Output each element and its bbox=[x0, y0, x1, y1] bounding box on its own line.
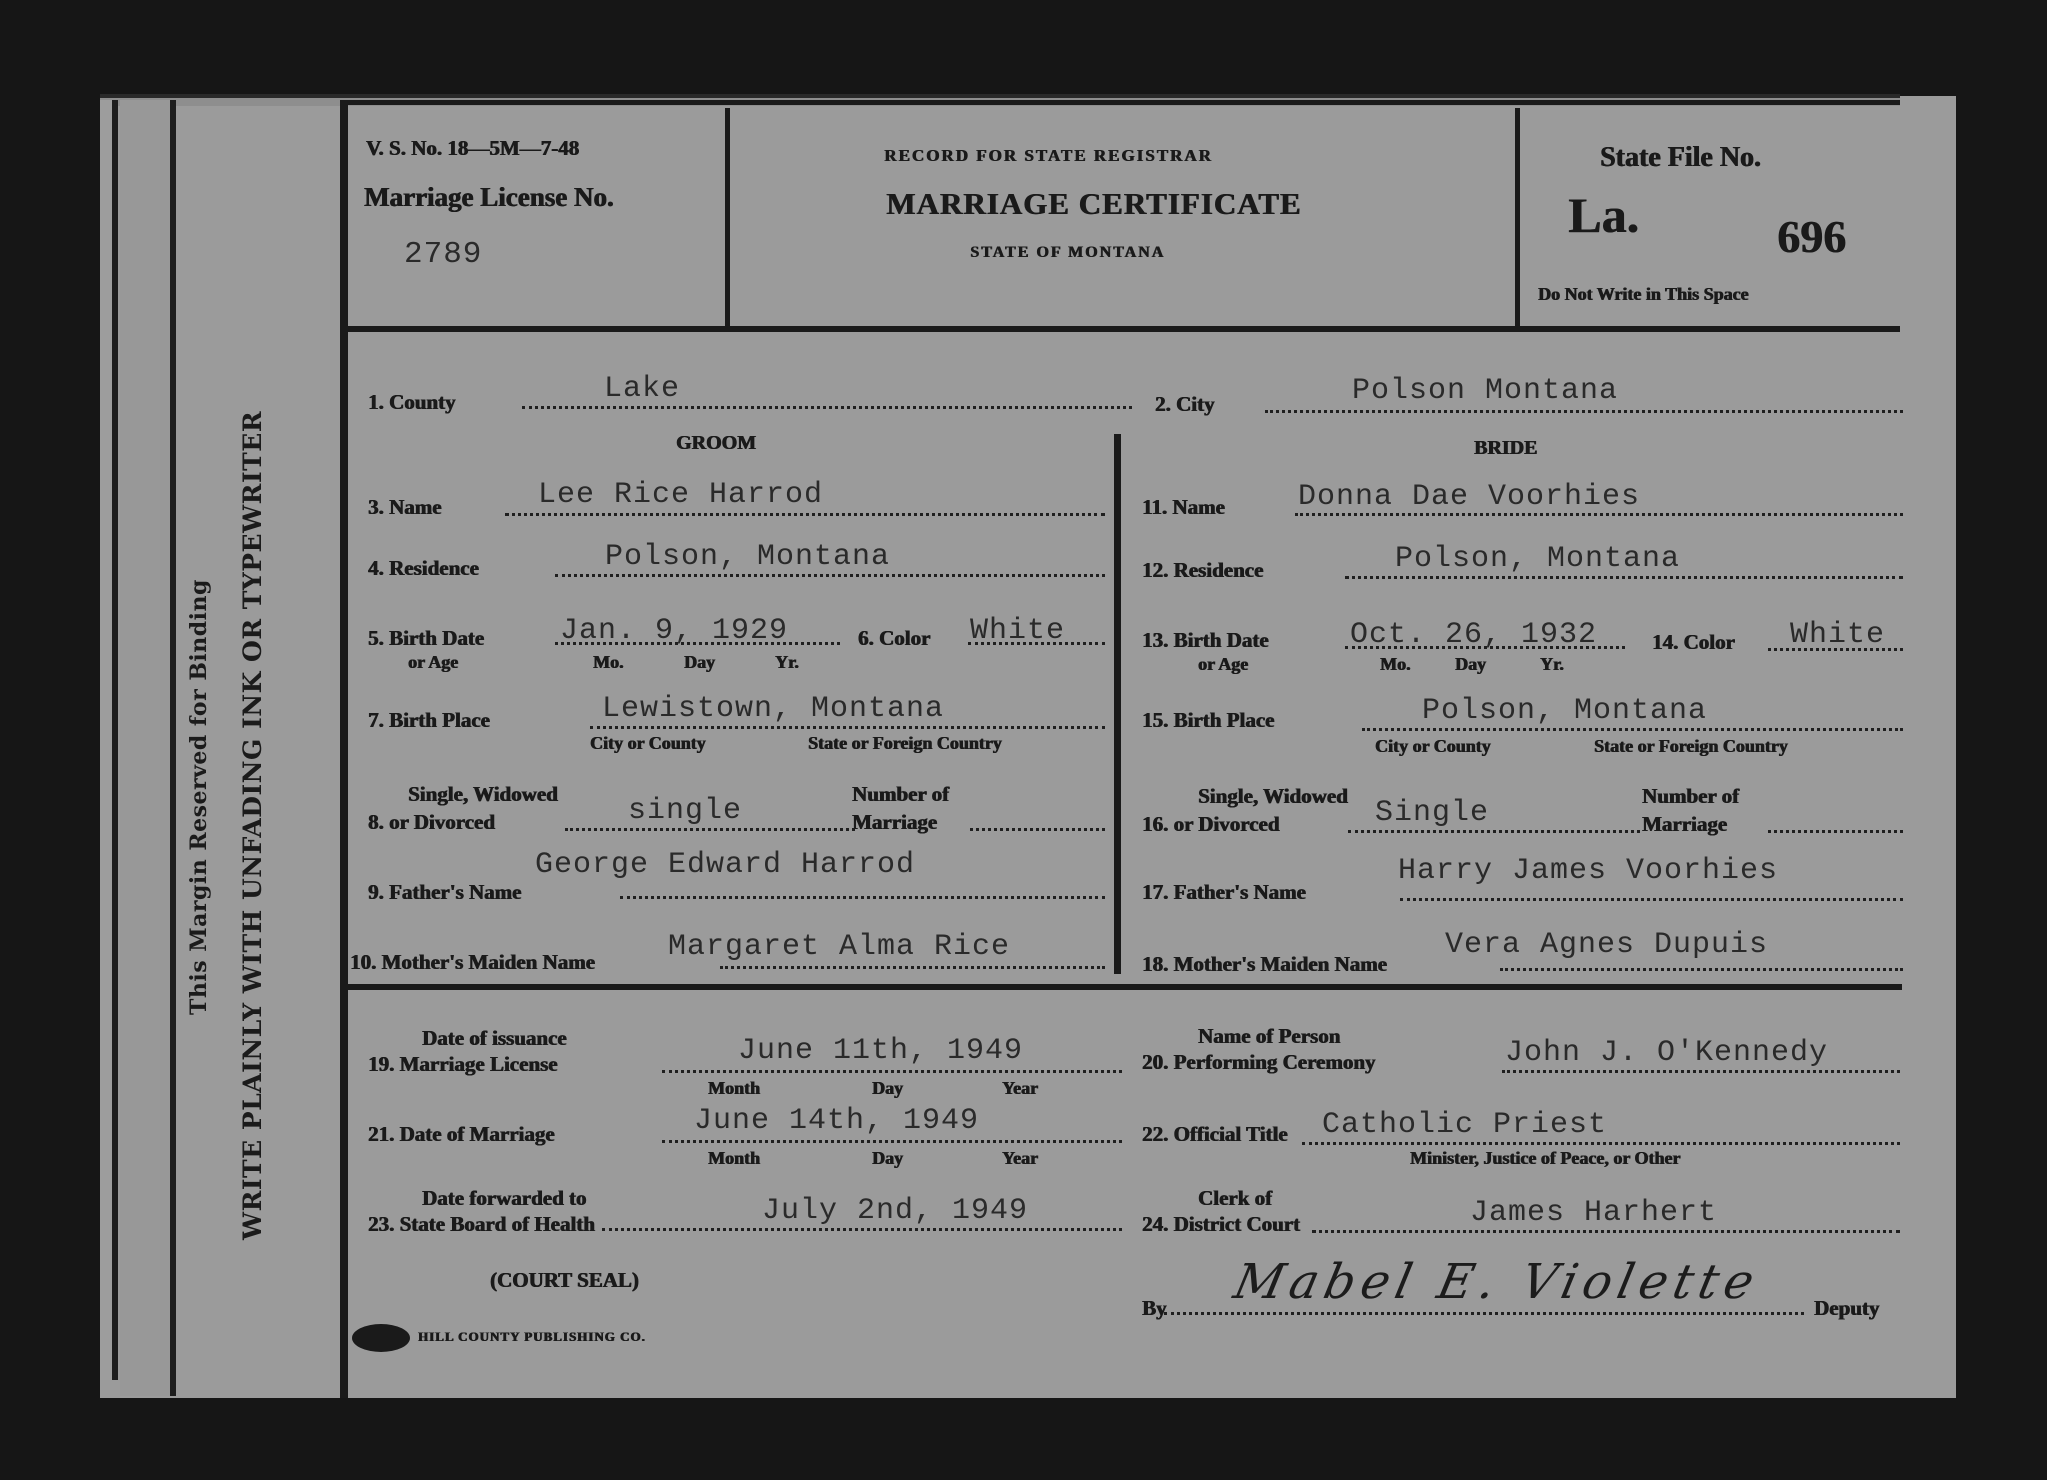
issuance-date-value: June 11th, 1949 bbox=[738, 1034, 1023, 1068]
bride-number-of-label-1: Number of bbox=[1642, 784, 1739, 809]
forwarded-label-2: 23. State Board of Health bbox=[368, 1212, 595, 1237]
deputy-signature: Mabel E. Violette bbox=[1229, 1254, 1765, 1310]
groom-residence-line bbox=[555, 574, 1105, 577]
bride-marital-line bbox=[1348, 830, 1640, 833]
bride-state-country-label: State or Foreign Country bbox=[1594, 736, 1788, 757]
officiant-line bbox=[1502, 1070, 1900, 1073]
margin-divider bbox=[340, 100, 348, 1398]
marriage-month-label: Month bbox=[708, 1148, 760, 1169]
bride-or-age-label: or Age bbox=[1198, 654, 1248, 675]
bride-name-label: 11. Name bbox=[1142, 495, 1225, 520]
bride-marital-label-1: Single, Widowed bbox=[1198, 784, 1348, 809]
city-value: Polson Montana bbox=[1352, 374, 1618, 408]
groom-city-county-label: City or County bbox=[590, 733, 706, 754]
groom-mother-line bbox=[720, 966, 1105, 969]
groom-birthplace-value: Lewistown, Montana bbox=[602, 692, 944, 726]
publisher-mark-icon bbox=[352, 1324, 410, 1352]
groom-marital-label-1: Single, Widowed bbox=[408, 782, 558, 807]
official-title-hint: Minister, Justice of Peace, or Other bbox=[1410, 1148, 1680, 1169]
bride-marital-value: Single bbox=[1375, 796, 1489, 830]
groom-number-of-label-1: Number of bbox=[852, 782, 949, 807]
groom-father-value: George Edward Harrod bbox=[535, 848, 915, 882]
bride-name-value: Donna Dae Voorhies bbox=[1298, 480, 1640, 514]
groom-residence-value: Polson, Montana bbox=[605, 540, 890, 574]
court-seal-label: (COURT SEAL) bbox=[490, 1268, 639, 1293]
forwarded-line bbox=[602, 1228, 1122, 1231]
bride-birthplace-line bbox=[1362, 728, 1903, 731]
marriage-date-label: 21. Date of Marriage bbox=[368, 1122, 555, 1147]
bride-residence-line bbox=[1345, 576, 1903, 579]
groom-birthplace-line bbox=[590, 726, 1105, 729]
instruction-note: WRITE PLAINLY WITH UNFADING INK OR TYPEW… bbox=[238, 260, 267, 1240]
deputy-line bbox=[1164, 1312, 1804, 1315]
bride-mo-label: Mo. bbox=[1380, 654, 1411, 675]
marriage-date-line bbox=[662, 1140, 1122, 1143]
marriage-date-value: June 14th, 1949 bbox=[694, 1104, 979, 1138]
groom-birthplace-label: 7. Birth Place bbox=[368, 708, 490, 733]
state-file-label: State File No. bbox=[1600, 142, 1761, 174]
bride-father-value: Harry James Voorhies bbox=[1398, 854, 1778, 888]
issuance-year-label: Year bbox=[1002, 1078, 1038, 1099]
groom-color-label: 6. Color bbox=[858, 626, 930, 651]
bride-mother-value: Vera Agnes Dupuis bbox=[1445, 928, 1768, 962]
top-border bbox=[340, 100, 1900, 105]
county-line bbox=[522, 406, 1132, 409]
bride-birthplace-value: Polson, Montana bbox=[1422, 694, 1707, 728]
groom-marital-value: single bbox=[628, 794, 742, 828]
license-label: Marriage License No. bbox=[364, 182, 614, 213]
official-title-value: Catholic Priest bbox=[1322, 1108, 1607, 1142]
state-name: STATE OF MONTANA bbox=[970, 244, 1165, 262]
deputy-label: Deputy bbox=[1814, 1296, 1879, 1321]
bride-color-value: White bbox=[1790, 618, 1885, 652]
groom-father-label: 9. Father's Name bbox=[368, 880, 521, 905]
city-label: 2. City bbox=[1155, 392, 1215, 417]
state-file-number: 696 bbox=[1777, 210, 1846, 263]
groom-name-label: 3. Name bbox=[368, 495, 441, 520]
groom-marital-label-2: 8. or Divorced bbox=[368, 810, 495, 835]
groom-heading: GROOM bbox=[676, 432, 756, 455]
county-value: Lake bbox=[604, 372, 680, 406]
bride-heading: BRIDE bbox=[1474, 437, 1537, 460]
header-bottom-border bbox=[345, 326, 1900, 332]
bride-number-of-line bbox=[1768, 830, 1903, 833]
groom-mother-value: Margaret Alma Rice bbox=[668, 930, 1010, 964]
binding-note: This Margin Reserved for Binding bbox=[186, 485, 212, 1015]
officiant-label-1: Name of Person bbox=[1198, 1024, 1340, 1049]
groom-number-of-label-2: Marriage bbox=[852, 810, 937, 835]
groom-father-line bbox=[620, 896, 1105, 899]
groom-day-label: Day bbox=[684, 652, 715, 673]
bride-mother-line bbox=[1500, 968, 1903, 971]
officiant-value: John J. O'Kennedy bbox=[1505, 1036, 1828, 1070]
groom-state-country-label: State or Foreign Country bbox=[808, 733, 1002, 754]
header-divider-2 bbox=[1515, 108, 1520, 326]
do-not-write-note: Do Not Write in This Space bbox=[1538, 284, 1749, 305]
bride-birthdate-value: Oct. 26, 1932 bbox=[1350, 618, 1597, 652]
groom-color-value: White bbox=[970, 614, 1065, 648]
by-label: By bbox=[1142, 1296, 1167, 1321]
officiant-label-2: 20. Performing Ceremony bbox=[1142, 1050, 1375, 1075]
county-label: 1. County bbox=[368, 390, 456, 415]
document-title: MARRIAGE CERTIFICATE bbox=[886, 186, 1301, 222]
bride-city-county-label: City or County bbox=[1375, 736, 1491, 757]
bride-birthplace-label: 15. Birth Place bbox=[1142, 708, 1274, 733]
marriage-day-label: Day bbox=[872, 1148, 903, 1169]
bride-father-label: 17. Father's Name bbox=[1142, 880, 1306, 905]
bride-residence-label: 12. Residence bbox=[1142, 558, 1263, 583]
publisher-label: HILL COUNTY PUBLISHING CO. bbox=[418, 1329, 646, 1345]
binding-strip bbox=[120, 100, 176, 1396]
clerk-label-2: 24. District Court bbox=[1142, 1212, 1300, 1237]
city-line bbox=[1265, 410, 1903, 413]
bride-day-label: Day bbox=[1455, 654, 1486, 675]
marriage-year-label: Year bbox=[1002, 1148, 1038, 1169]
bride-number-of-label-2: Marriage bbox=[1642, 812, 1727, 837]
clerk-value: James Harhert bbox=[1470, 1196, 1717, 1230]
groom-mother-label: 10. Mother's Maiden Name bbox=[350, 950, 595, 975]
header-divider-1 bbox=[725, 108, 730, 326]
license-number: 2789 bbox=[404, 237, 482, 272]
issuance-month-label: Month bbox=[708, 1078, 760, 1099]
groom-residence-label: 4. Residence bbox=[368, 556, 479, 581]
groom-marital-line bbox=[565, 828, 855, 831]
clerk-label-1: Clerk of bbox=[1198, 1186, 1272, 1211]
issuance-label-1: Date of issuance bbox=[422, 1026, 567, 1051]
bride-birthdate-label: 13. Birth Date bbox=[1142, 628, 1269, 653]
groom-name-line bbox=[505, 513, 1105, 516]
official-title-label: 22. Official Title bbox=[1142, 1122, 1288, 1147]
forwarded-date-value: July 2nd, 1949 bbox=[762, 1194, 1028, 1228]
groom-yr-label: Yr. bbox=[775, 652, 799, 673]
bride-father-line bbox=[1400, 898, 1903, 901]
clerk-line bbox=[1312, 1230, 1900, 1233]
forwarded-label-1: Date forwarded to bbox=[422, 1186, 586, 1211]
official-title-line bbox=[1302, 1142, 1900, 1145]
bride-mother-label: 18. Mother's Maiden Name bbox=[1142, 952, 1387, 977]
groom-name-value: Lee Rice Harrod bbox=[538, 478, 823, 512]
bride-color-label: 14. Color bbox=[1652, 630, 1735, 655]
groom-mo-label: Mo. bbox=[593, 652, 624, 673]
groom-number-of-line bbox=[970, 828, 1105, 831]
form-number: V. S. No. 18—5M—7-48 bbox=[366, 136, 579, 161]
bride-yr-label: Yr. bbox=[1540, 654, 1564, 675]
issuance-label-2: 19. Marriage License bbox=[368, 1052, 558, 1077]
groom-birthdate-value: Jan. 9, 1929 bbox=[560, 614, 788, 648]
groom-or-age-label: or Age bbox=[408, 652, 458, 673]
bride-marital-label-2: 16. or Divorced bbox=[1142, 812, 1279, 837]
bride-residence-value: Polson, Montana bbox=[1395, 542, 1680, 576]
groom-birthdate-label: 5. Birth Date bbox=[368, 626, 484, 651]
section-divider bbox=[345, 984, 1902, 990]
state-file-prefix: La. bbox=[1568, 186, 1639, 244]
record-note: RECORD FOR STATE REGISTRAR bbox=[884, 146, 1213, 166]
issuance-line bbox=[662, 1070, 1122, 1073]
issuance-day-label: Day bbox=[872, 1078, 903, 1099]
binding-edge bbox=[100, 100, 118, 1380]
groom-bride-divider bbox=[1114, 434, 1121, 974]
